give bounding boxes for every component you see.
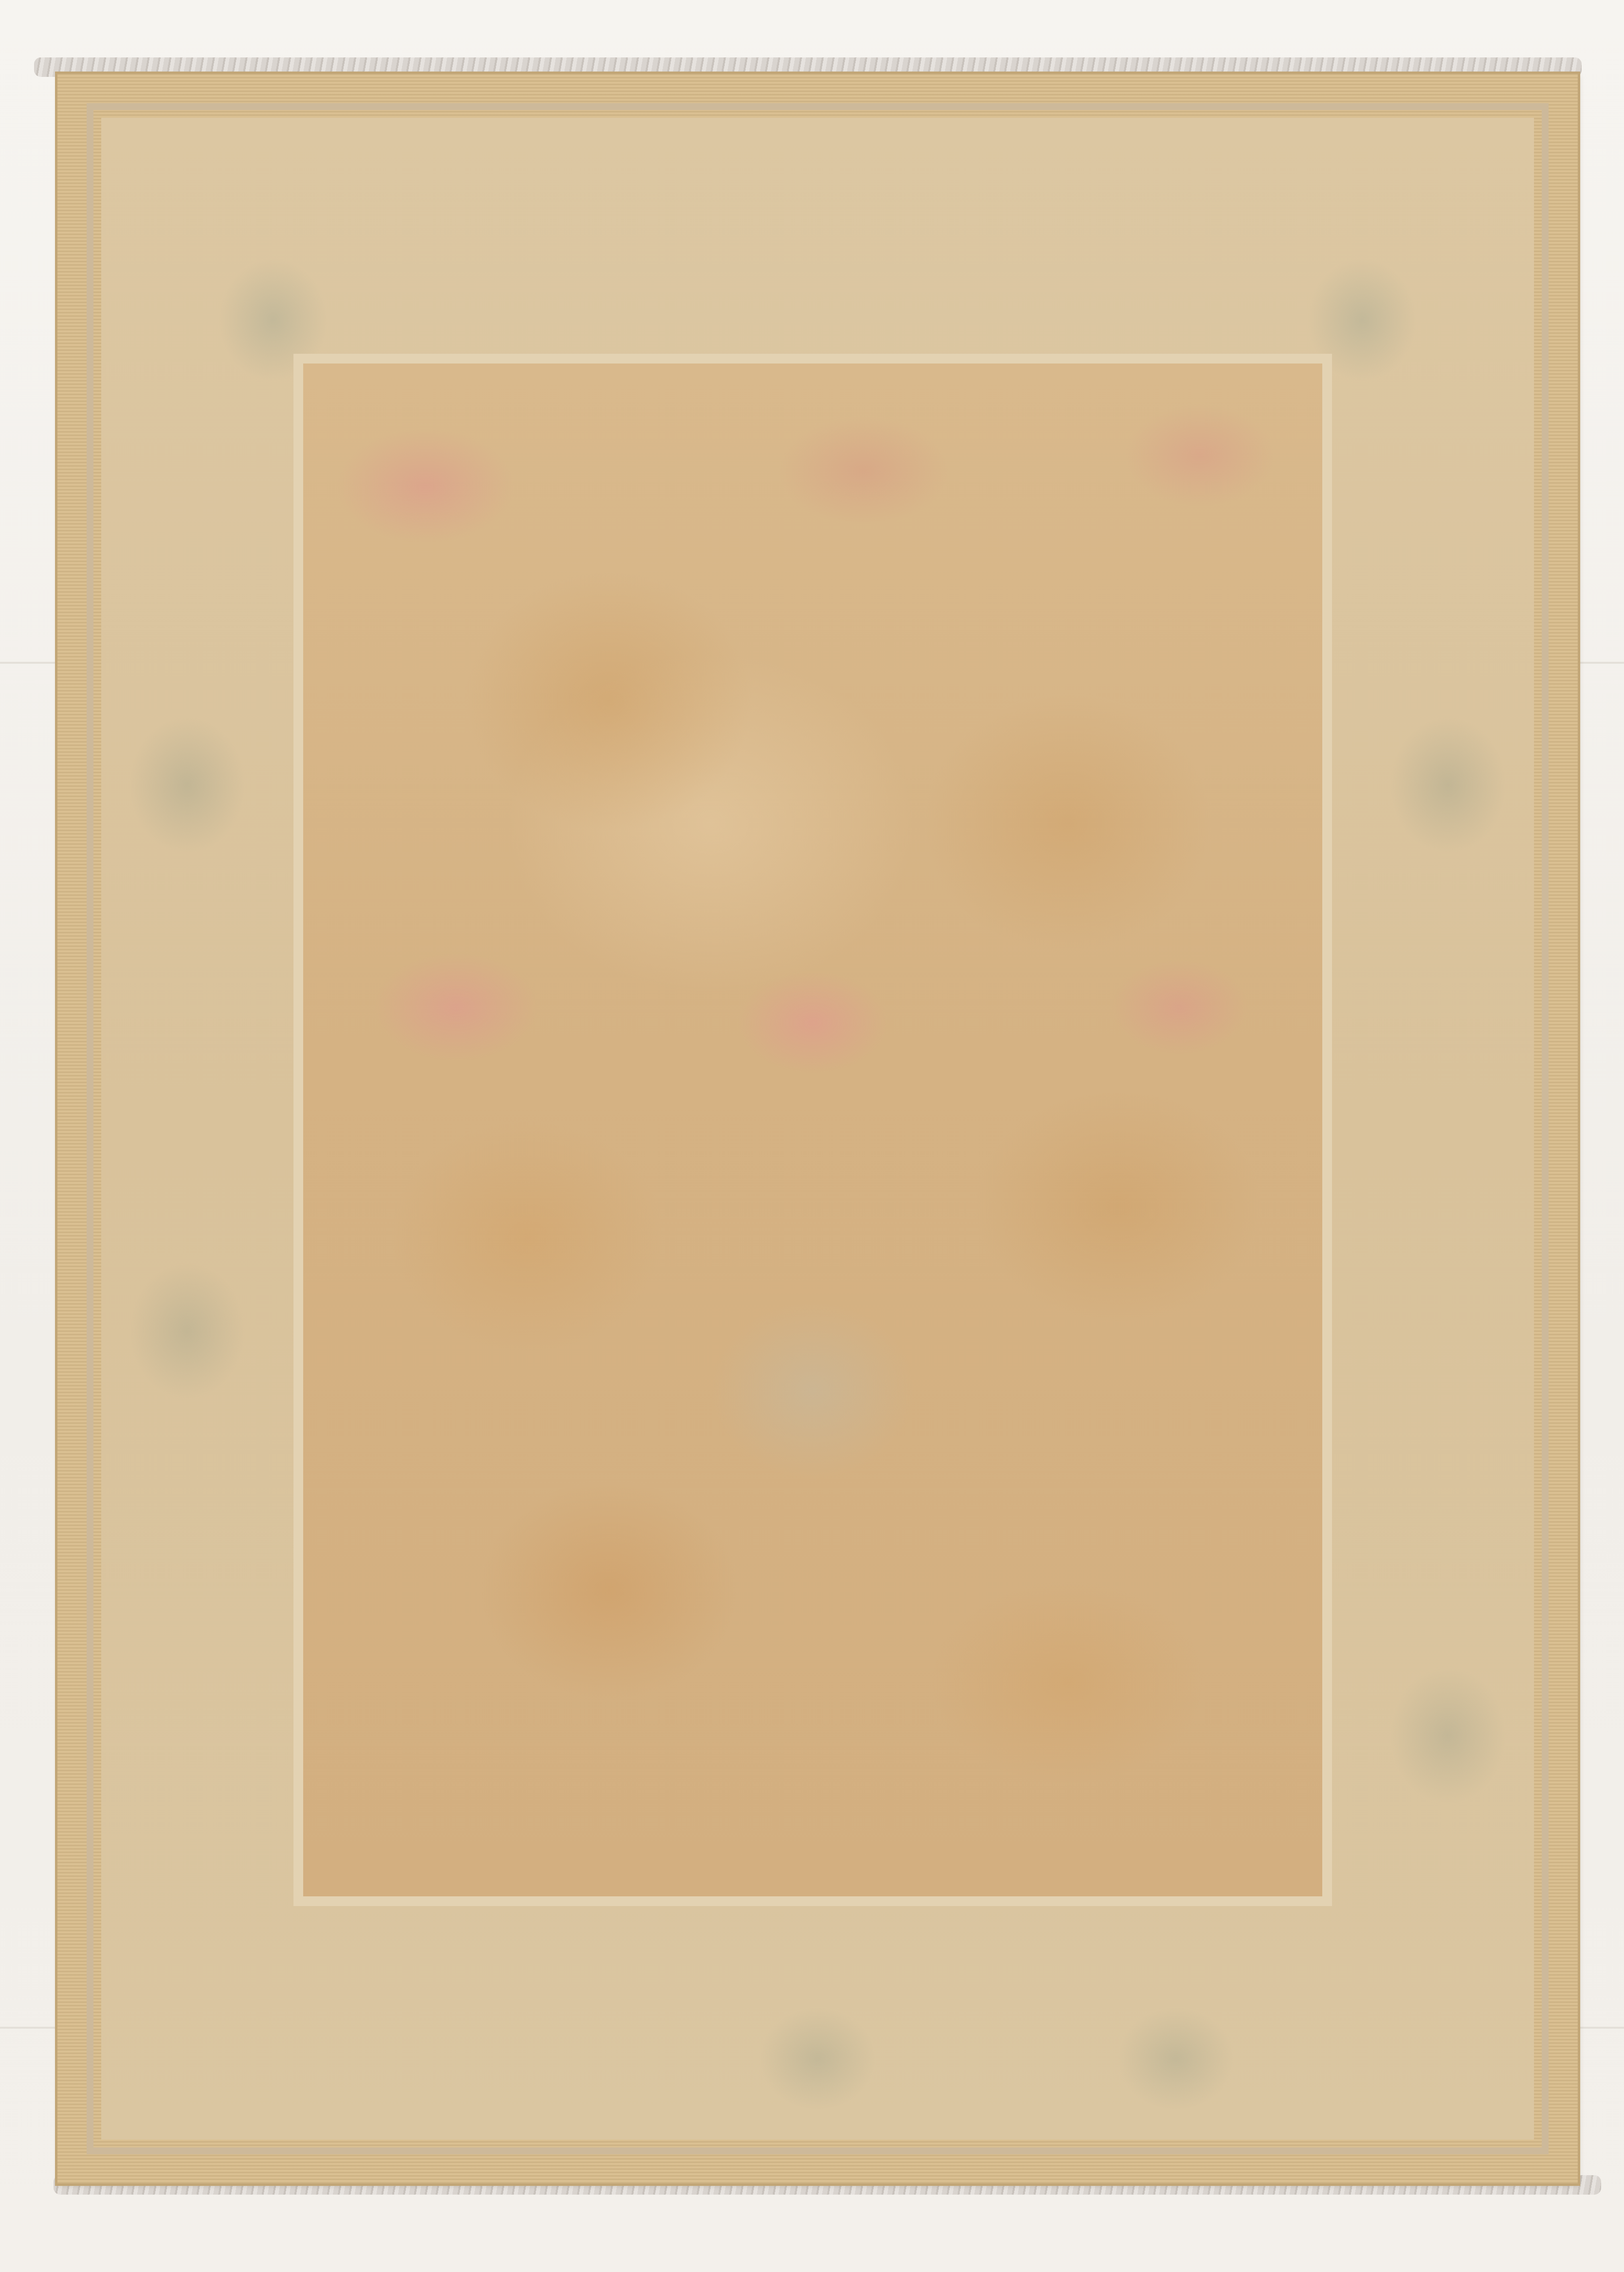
- rug-field: [303, 364, 1322, 1896]
- rug: [57, 74, 1578, 2183]
